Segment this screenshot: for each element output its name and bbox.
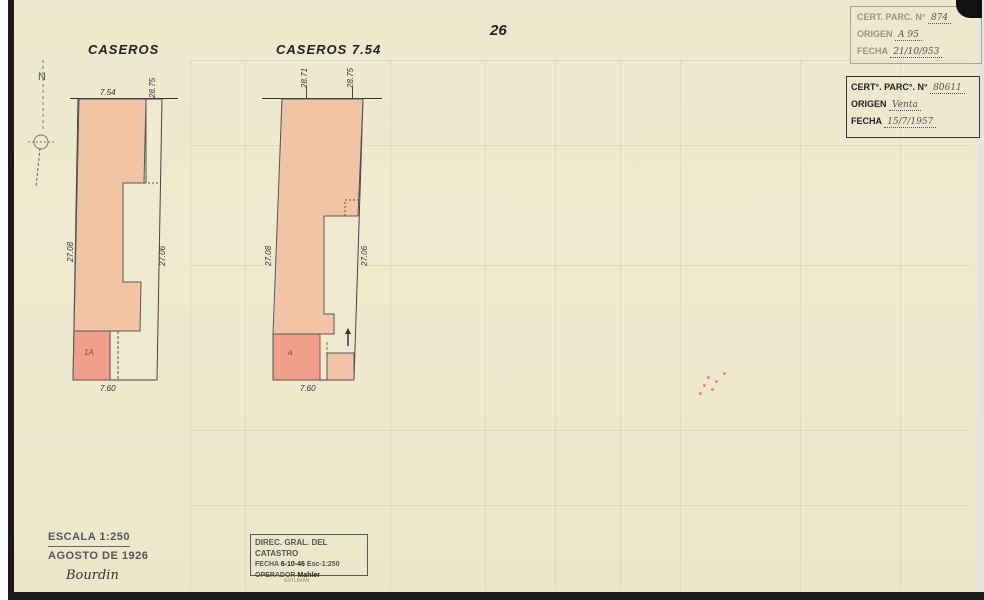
front-offset: 28.75 xyxy=(148,78,157,98)
stamp-label: ORIGEN xyxy=(851,99,887,109)
left-depth: 27.08 xyxy=(66,242,75,262)
stamp-value: 21/10/953 xyxy=(890,47,942,58)
front-mark: 28.75 xyxy=(346,68,355,88)
catastro-stamp: DIREC. GRAL. DEL CATASTRO FECHA 6-10-46 … xyxy=(250,534,368,576)
scan-margin-left xyxy=(0,0,8,600)
svg-text:N: N xyxy=(38,71,46,83)
grid-line xyxy=(680,60,681,590)
stamp-value: Venta xyxy=(889,100,921,111)
left-depth: 27.08 xyxy=(264,246,273,266)
north-arrow-icon: N xyxy=(28,60,58,200)
street-label: CASEROS 7.54 xyxy=(276,42,381,57)
grid-line xyxy=(190,505,970,506)
stamp-title: DIREC. GRAL. DEL CATASTRO xyxy=(255,537,363,559)
stamp-label: CERT. PARC. N° xyxy=(857,12,925,22)
stamp-value: 6-10-46 xyxy=(281,561,305,568)
stamp-value: 874 xyxy=(928,13,951,24)
grid-line xyxy=(190,60,191,590)
parcel-label: 1A xyxy=(84,348,94,357)
stamp-label: Esc-1:250 xyxy=(307,561,340,568)
page-number: 26 xyxy=(490,22,507,39)
grid-line xyxy=(485,60,486,590)
divider xyxy=(48,546,130,547)
grid-line xyxy=(245,60,246,590)
cert-stamp: CERT°. PARC°. N° 80611 ORIGEN Venta FECH… xyxy=(846,76,980,138)
stamp-value: A 95 xyxy=(895,30,922,41)
ink-stain xyxy=(695,370,735,400)
grid-line xyxy=(390,60,391,590)
front-mark: 28.71 xyxy=(300,68,309,88)
scan-border-bottom xyxy=(8,592,984,600)
back-width: 7.60 xyxy=(300,384,316,393)
stamp-label: FECHA xyxy=(857,46,888,56)
right-depth: 27.06 xyxy=(158,246,167,266)
stamp-label: FECHA xyxy=(255,561,279,568)
parcel-label: a xyxy=(288,348,292,357)
stamp-sub: ENTLIMAN xyxy=(284,578,309,584)
date-label: AGOSTO DE 1926 xyxy=(48,550,148,562)
right-depth: 27.06 xyxy=(360,246,369,266)
grid-line xyxy=(620,60,621,590)
stamp-value: 80611 xyxy=(930,83,965,94)
stamp-label: ORIGEN xyxy=(857,29,893,39)
street-label: CASEROS xyxy=(88,42,159,57)
back-width: 7.60 xyxy=(100,384,116,393)
scale-label: ESCALA 1:250 xyxy=(48,531,130,543)
grid-line xyxy=(900,60,901,590)
stamp-label: CERT°. PARC°. N° xyxy=(851,82,928,92)
signature: Bourdin xyxy=(66,568,119,583)
grid-line xyxy=(190,430,970,431)
stamp-label: FECHA xyxy=(851,116,882,126)
grid-line xyxy=(555,60,556,590)
grid-line xyxy=(800,60,801,590)
stamp-value: 15/7/1957 xyxy=(884,117,936,128)
